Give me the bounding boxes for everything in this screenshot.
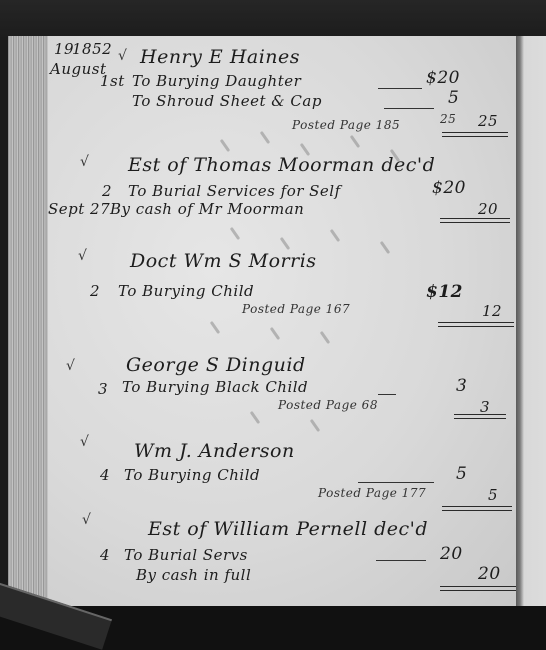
entry-5-total: 5: [488, 486, 498, 504]
entry-4-amount-1: 3: [456, 376, 467, 396]
entry-1-subtotal: 25: [440, 112, 456, 126]
entry-1-amount-1: $20: [426, 68, 460, 88]
entry-6-name: Est of William Pernell dec'd: [148, 518, 428, 540]
check-mark: √: [80, 434, 89, 450]
entry-1-line-2: To Shroud Sheet & Cap: [132, 92, 322, 110]
total-rule: [438, 326, 514, 327]
entry-5-day: 4: [100, 466, 110, 484]
entry-4-line-1: To Burying Black Child: [122, 378, 308, 396]
entry-6-day: 4: [100, 546, 110, 564]
entry-6-line-1: To Burial Servs: [124, 546, 248, 564]
entry-4-day: 3: [98, 380, 108, 398]
entry-3-amount-1: $12: [426, 282, 463, 302]
entry-1-amount-2: 5: [448, 88, 459, 108]
check-mark: √: [78, 248, 87, 264]
entry-1-total: 25: [478, 112, 498, 130]
entry-6-total: 20: [478, 564, 501, 584]
entry-3-day: 2: [90, 282, 100, 300]
total-rule: [440, 586, 518, 587]
header-month: August: [50, 60, 106, 78]
entry-3-total: 12: [482, 302, 502, 320]
entry-2-total: 20: [478, 200, 498, 218]
total-rule: [442, 510, 512, 511]
entry-3-line-1: To Burying Child: [118, 282, 254, 300]
entry-4-name: George S Dinguid: [126, 354, 306, 376]
entry-1-line-1: To Burying Daughter: [132, 72, 301, 90]
book-page-edges: [8, 36, 51, 606]
entry-6-amount-1: 20: [440, 544, 463, 564]
entry-2-payment-date: Sept 27: [48, 200, 110, 218]
check-mark: √: [66, 358, 75, 374]
total-rule: [454, 418, 506, 419]
entry-4-posted: Posted Page 68: [278, 398, 378, 412]
total-rule: [442, 136, 508, 137]
entry-2-name: Est of Thomas Moorman dec'd: [128, 154, 435, 176]
check-mark: √: [118, 48, 127, 64]
leader-dash: [358, 482, 434, 483]
total-rule: [440, 590, 518, 591]
entry-5-amount-1: 5: [456, 464, 467, 484]
entry-3-name: Doct Wm S Morris: [130, 250, 317, 272]
total-rule: [438, 322, 514, 323]
entry-2-line-1: To Burial Services for Self: [128, 182, 341, 200]
ledger-page: 19 1852 August √ Henry E Haines 1st To B…: [48, 36, 518, 614]
check-mark: √: [82, 512, 91, 528]
total-rule: [454, 414, 506, 415]
total-rule: [440, 218, 510, 219]
leader-dash: [378, 88, 422, 89]
leader-dash: [378, 394, 396, 395]
entry-1-name: Henry E Haines: [140, 46, 300, 68]
entry-5-line-1: To Burying Child: [124, 466, 260, 484]
total-rule: [442, 132, 508, 133]
entry-5-posted: Posted Page 177: [318, 486, 426, 500]
leader-dash: [376, 560, 426, 561]
entry-2-day: 2: [102, 182, 112, 200]
check-mark: √: [80, 154, 89, 170]
total-rule: [442, 506, 512, 507]
entry-1-posted: Posted Page 185: [292, 118, 400, 132]
facing-page-edge: [516, 36, 546, 616]
entry-2-amount-1: $20: [432, 178, 466, 198]
background-top: [0, 0, 546, 40]
leader-dash: [384, 108, 434, 109]
entry-2-payment-text: By cash of Mr Moorman: [110, 200, 304, 218]
entry-6-payment-text: By cash in full: [136, 566, 251, 584]
total-rule: [440, 222, 510, 223]
header-year: 1852: [72, 40, 112, 58]
entry-5-name: Wm J. Anderson: [134, 440, 295, 462]
entry-3-posted: Posted Page 167: [242, 302, 350, 316]
entry-1-day: 1st: [100, 72, 125, 90]
